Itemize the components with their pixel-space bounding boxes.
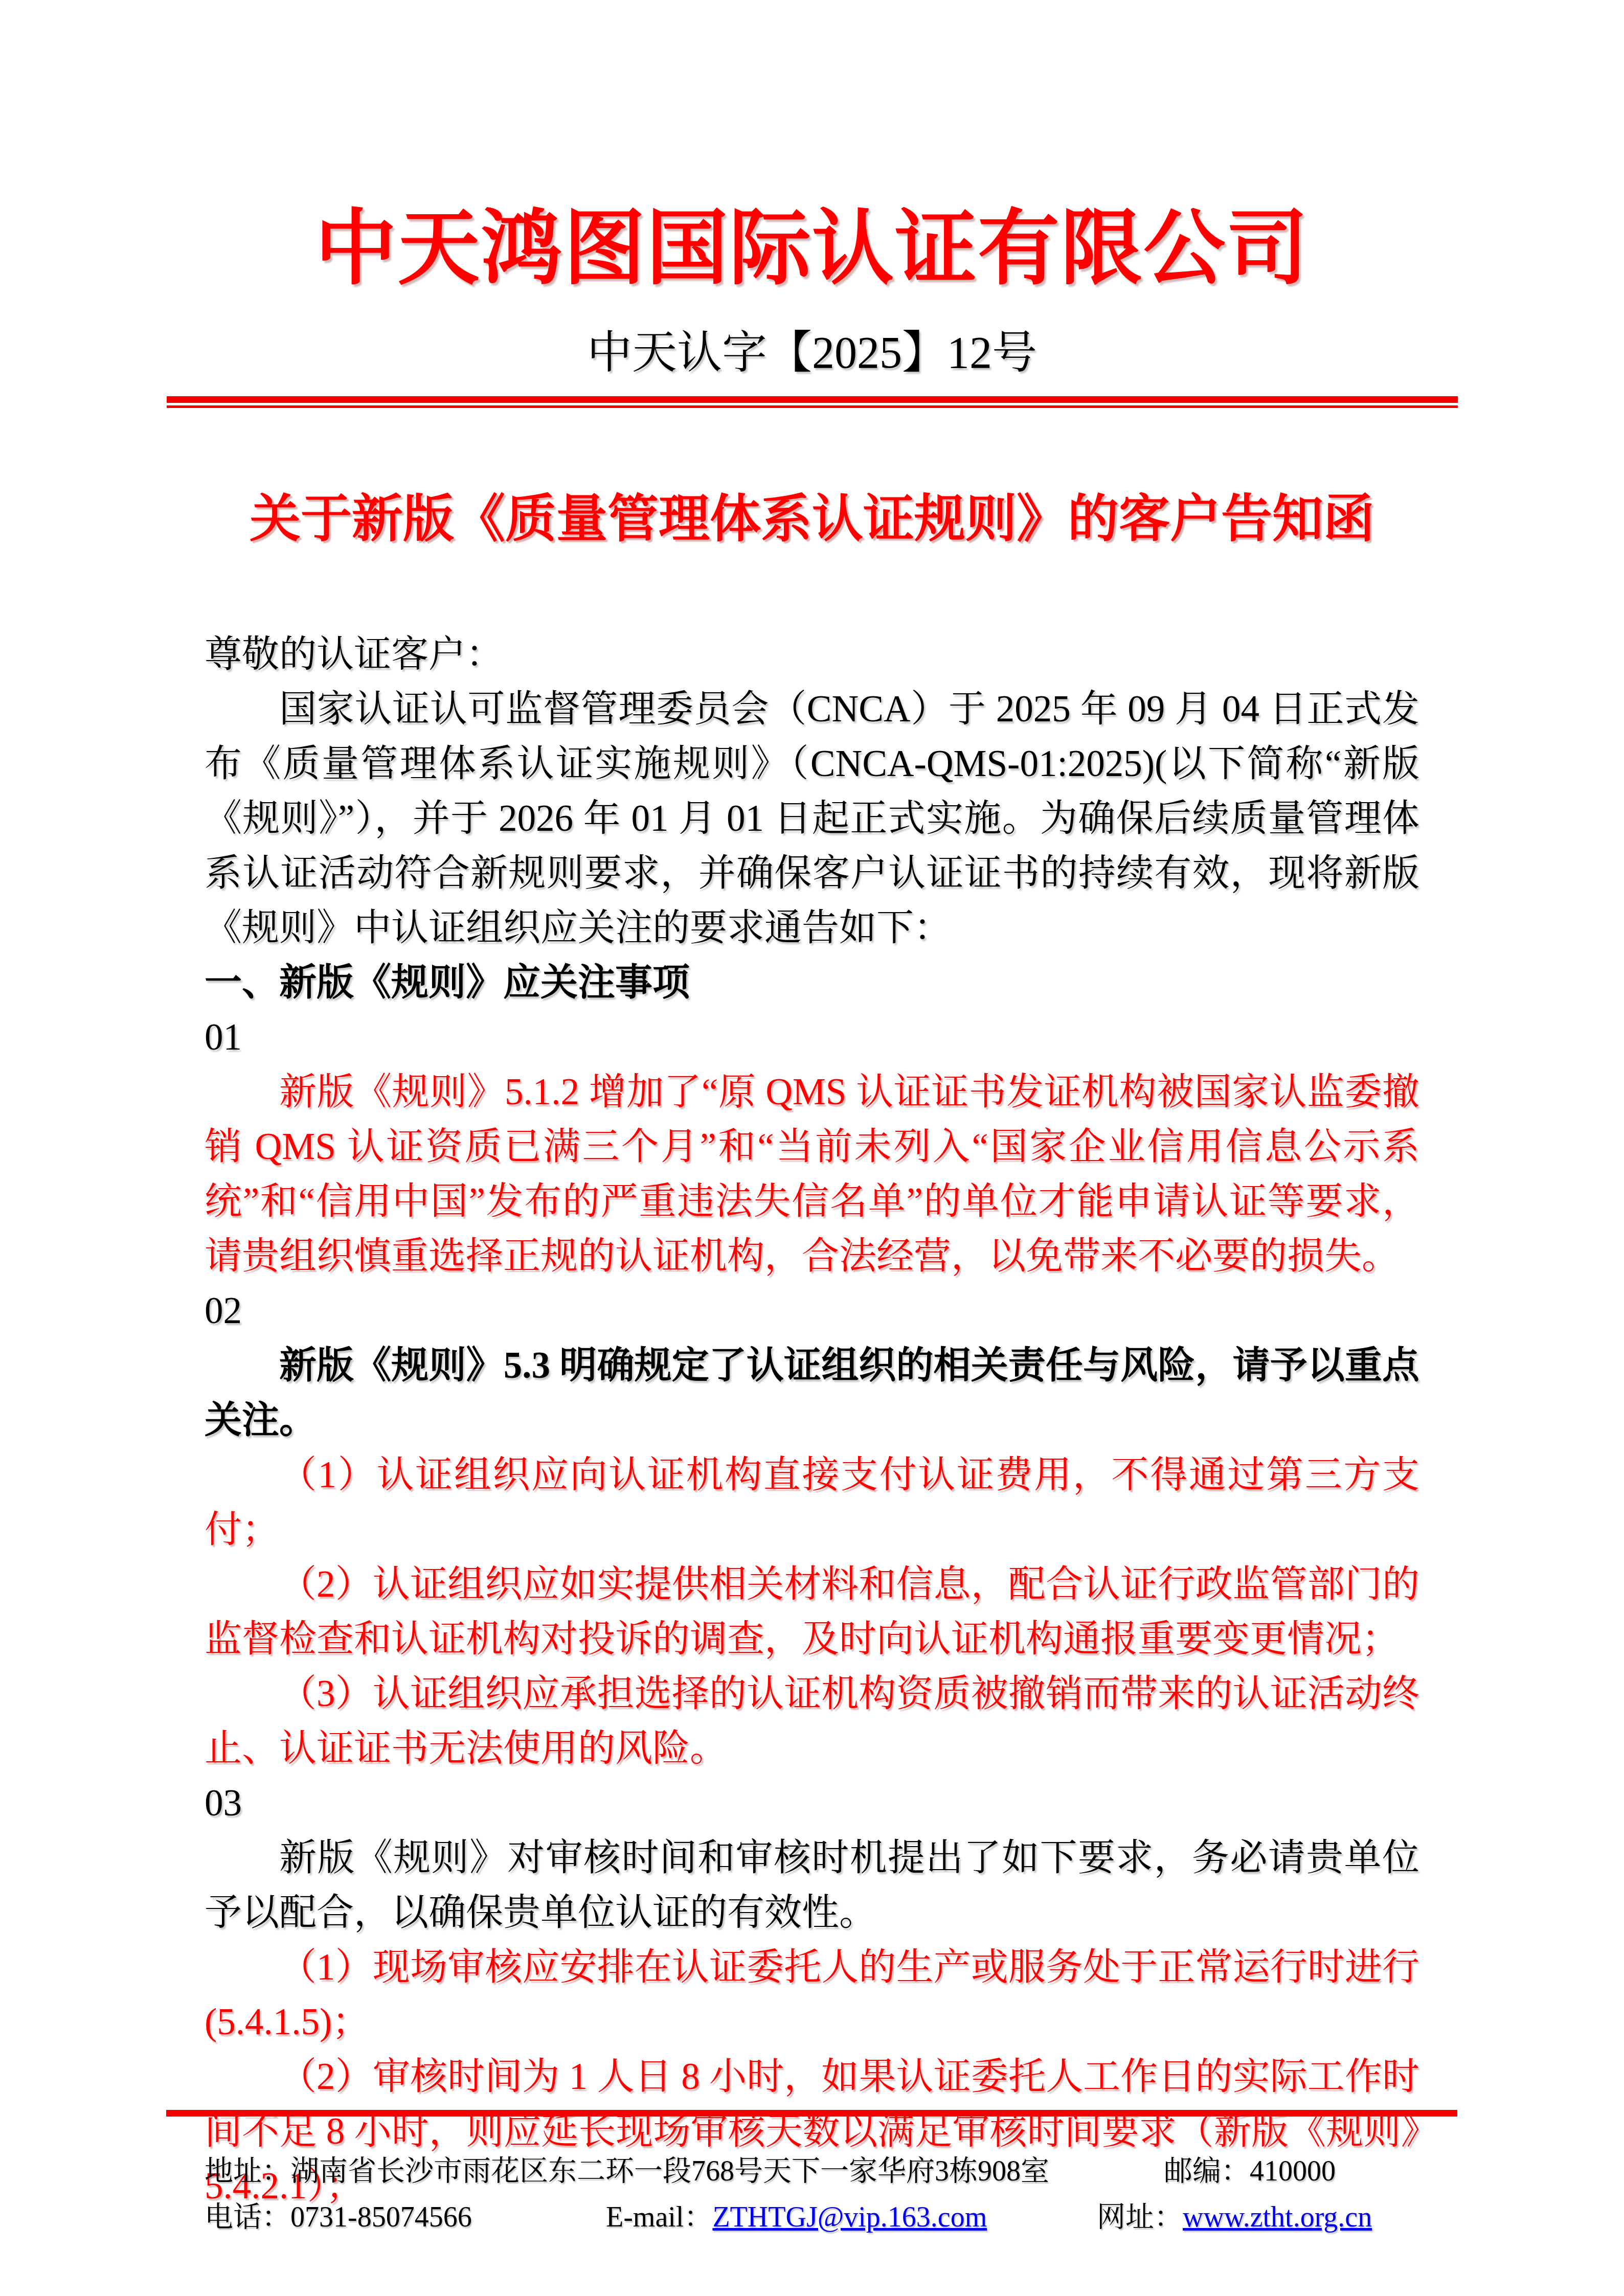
footer-phone: 电话：0731-85074566	[205, 2199, 472, 2235]
footer-website: 网址：www.ztht.org.cn	[1097, 2199, 1372, 2235]
company-title: 中天鸿图国际认证有限公司	[0, 202, 1624, 297]
address-label: 地址：	[205, 2155, 290, 2187]
header-rule-thick	[167, 396, 1458, 403]
item-02-point-3: （3）认证组织应承担选择的认证机构资质被撤销而带来的认证活动终止、认证证书无法使…	[205, 1666, 1419, 1776]
intro-paragraph: 国家认证认可监督管理委员会（CNCA）于 2025 年 09 月 04 日正式发…	[205, 681, 1419, 955]
postcode-label: 邮编：	[1164, 2155, 1250, 2187]
letter-title: 关于新版《质量管理体系认证规则》的客户告知函	[0, 485, 1624, 554]
item-02-point-2: （2）认证组织应如实提供相关材料和信息，配合认证行政监管部门的监督检查和认证机构…	[205, 1557, 1419, 1666]
item-01-label: 01	[205, 1010, 1419, 1064]
phone-value: 0731-85074566	[290, 2201, 472, 2233]
document-number: 中天认字【2025】12号	[0, 326, 1624, 380]
phone-label: 电话：	[205, 2201, 290, 2233]
footer-address-row: 地址：湖南省长沙市雨花区东二环一段768号天下一家华府3栋908室 邮编：410…	[205, 2153, 1419, 2189]
item-01-text: 新版《规则》5.1.2 增加了“原 QMS 认证证书发证机构被国家认监委撤销 Q…	[205, 1064, 1419, 1283]
document-page: 中天鸿图国际认证有限公司 中天认字【2025】12号 关于新版《质量管理体系认证…	[0, 0, 1624, 2296]
section-heading: 一、新版《规则》应关注事项	[205, 955, 1419, 1010]
item-03-label: 03	[205, 1776, 1419, 1830]
item-02-lead: 新版《规则》5.3 明确规定了认证组织的相关责任与风险，请予以重点关注。	[205, 1338, 1419, 1447]
postcode-value: 410000	[1250, 2155, 1336, 2187]
item-03-point-1: （1）现场审核应安排在认证委托人的生产或服务处于正常运行时进行(5.4.1.5)…	[205, 1940, 1419, 2049]
footer-email: E-mail：ZTHTGJ@vip.163.com	[606, 2199, 987, 2235]
header-rule-thin	[167, 405, 1458, 408]
item-03-lead: 新版《规则》对审核时间和审核时机提出了如下要求，务必请贵单位予以配合，以确保贵单…	[205, 1830, 1419, 1940]
footer-contact-block: 地址：湖南省长沙市雨花区东二环一段768号天下一家华府3栋908室 邮编：410…	[205, 2153, 1419, 2235]
website-label: 网址：	[1097, 2201, 1183, 2233]
email-link[interactable]: ZTHTGJ@vip.163.com	[712, 2201, 987, 2233]
item-02-label: 02	[205, 1283, 1419, 1338]
footer-rule	[166, 2110, 1457, 2117]
page-footer: 地址：湖南省长沙市雨花区东二环一段768号天下一家华府3栋908室 邮编：410…	[166, 2110, 1457, 2235]
letter-body: 尊敬的认证客户： 国家认证认可监督管理委员会（CNCA）于 2025 年 09 …	[205, 627, 1419, 2213]
email-label: E-mail：	[606, 2201, 712, 2233]
footer-address: 地址：湖南省长沙市雨花区东二环一段768号天下一家华府3栋908室	[205, 2153, 1049, 2189]
item-02-point-1: （1）认证组织应向认证机构直接支付认证费用，不得通过第三方支付；	[205, 1447, 1419, 1557]
footer-contact-row: 电话：0731-85074566 E-mail：ZTHTGJ@vip.163.c…	[205, 2199, 1419, 2235]
salutation: 尊敬的认证客户：	[205, 627, 1419, 681]
address-value: 湖南省长沙市雨花区东二环一段768号天下一家华府3栋908室	[290, 2155, 1049, 2187]
website-link[interactable]: www.ztht.org.cn	[1183, 2201, 1372, 2233]
header-double-rule	[167, 396, 1458, 408]
footer-postcode: 邮编：410000	[1164, 2153, 1336, 2189]
